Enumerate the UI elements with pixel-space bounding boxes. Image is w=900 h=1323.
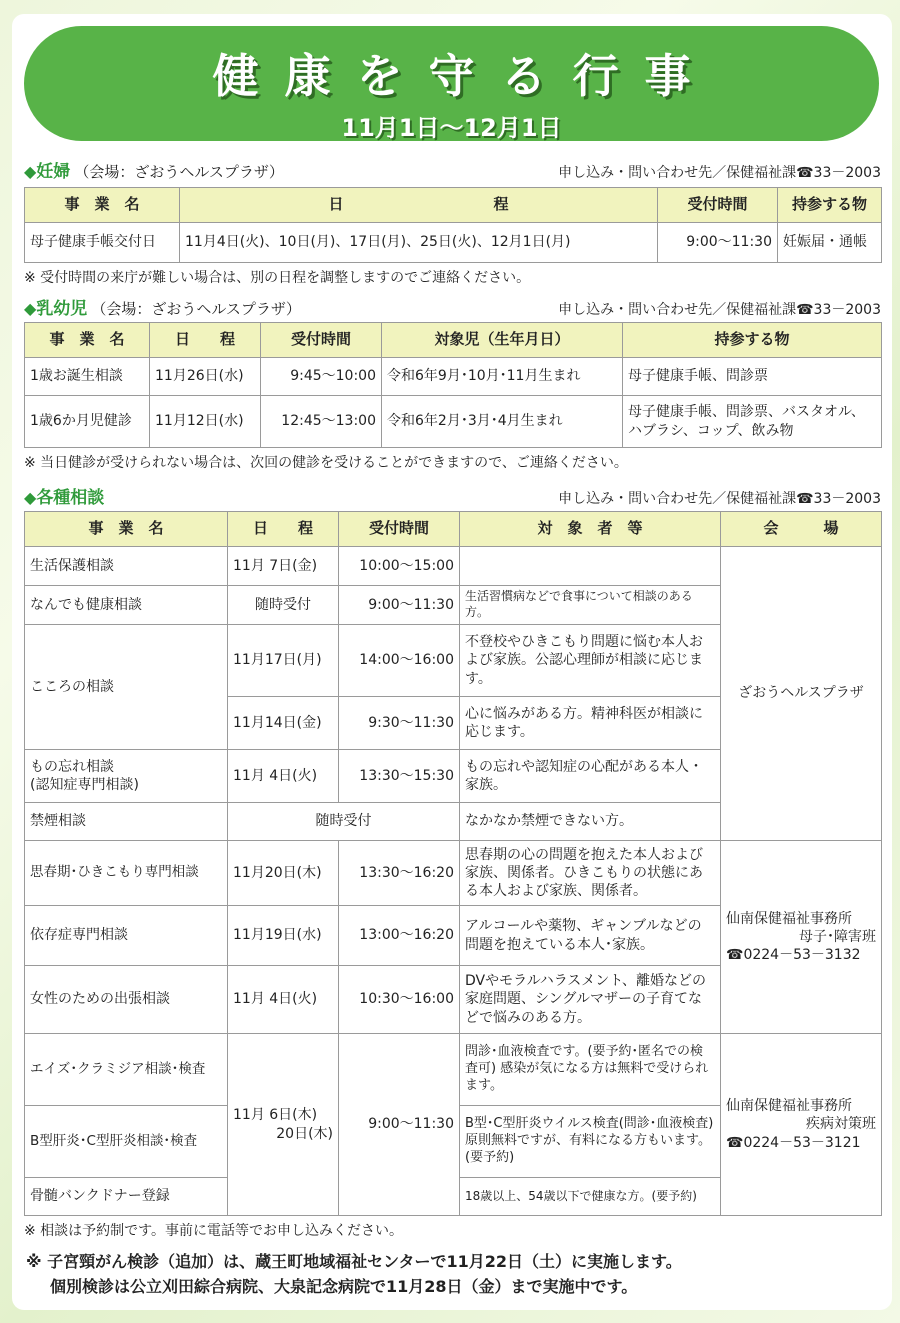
note: ※ 当日健診が受けられない場合は、次回の健診を受けることができますので、ご連絡く… <box>24 452 881 472</box>
table-row: エイズ･クラミジア相談･検査 11月 6日(木)20日(木) 9:00～11:3… <box>25 1034 882 1106</box>
consultations-table: 事 業 名 日 程 受付時間 対 象 者 等 会 場 生活保護相談 11月 7日… <box>24 511 882 1216</box>
title-banner: 健康を守る行事 11月1日～12月1日 <box>24 26 879 141</box>
header-name: 事 業 名 <box>25 188 180 223</box>
header-items: 持参する物 <box>778 188 882 223</box>
phone-number: ☎0224－53－3132 <box>726 946 876 964</box>
pregnancy-table: 事 業 名 日 程 受付時間 持参する物 母子健康手帳交付日 11月4日(火)、… <box>24 187 882 263</box>
diamond-icon: ◆ <box>24 162 36 181</box>
page-title: 健康を守る行事 <box>24 40 879 106</box>
note: ※ 相談は予約制です。事前に電話等でお申し込みください。 <box>24 1220 881 1240</box>
header-dates: 日 程 <box>180 188 658 223</box>
contact-info: 申し込み・問い合わせ先／保健福祉課☎33－2003 <box>558 299 881 319</box>
section-infant: ◆乳幼児（会場：ざおうヘルスプラザ） 申し込み・問い合わせ先／保健福祉課☎33－… <box>24 295 881 472</box>
table-row: 思春期･ひきこもり専門相談 11月20日(木) 13:30～16:20 思春期の… <box>25 841 882 906</box>
venue-office-disease: 仙南保健福祉事務所 疾病対策班 ☎0224－53－3121 <box>721 1034 882 1216</box>
diamond-icon: ◆ <box>24 488 36 507</box>
date-range: 11月1日～12月1日 <box>24 108 879 143</box>
section-title: ◆各種相談 <box>24 483 104 508</box>
table-row: 1歳お誕生相談 11月26日(水) 9:45～10:00 令和6年9月･10月･… <box>25 358 882 396</box>
note: ※ 受付時間の来庁が難しい場合は、別の日程を調整しますのでご連絡ください。 <box>24 267 881 287</box>
infant-table: 事 業 名 日 程 受付時間 対象児（生年月日） 持参する物 1歳お誕生相談 1… <box>24 322 882 448</box>
contact-info: 申し込み・問い合わせ先／保健福祉課☎33－2003 <box>558 162 881 182</box>
table-row: 1歳6か月児健診 11月12日(水) 12:45～13:00 令和6年2月･3月… <box>25 396 882 448</box>
table-row: 生活保護相談 11月 7日(金) 10:00～15:00 ざおうヘルスプラザ <box>25 547 882 586</box>
venue-office-maternal: 仙南保健福祉事務所 母子･障害班 ☎0224－53－3132 <box>721 841 882 1034</box>
phone-number: ☎0224－53－3121 <box>726 1134 876 1152</box>
header-time: 受付時間 <box>658 188 778 223</box>
section-consultations: ◆各種相談 申し込み・問い合わせ先／保健福祉課☎33－2003 事 業 名 日 … <box>24 484 881 1240</box>
diamond-icon: ◆ <box>24 299 36 318</box>
section-title: ◆乳幼児（会場：ざおうヘルスプラザ） <box>24 294 301 319</box>
section-pregnancy: ◆妊婦（会場：ざおうヘルスプラザ） 申し込み・問い合わせ先／保健福祉課☎33－2… <box>24 158 881 287</box>
footer-notice: ※ 子宮頸がん検診（追加）は、蔵王町地域福祉センターで11月22日（土）に実施し… <box>26 1250 682 1300</box>
contact-info: 申し込み・問い合わせ先／保健福祉課☎33－2003 <box>558 488 881 508</box>
table-row: 母子健康手帳交付日 11月4日(火)、10日(月)、17日(月)、25日(火)、… <box>25 223 882 263</box>
section-title: ◆妊婦（会場：ざおうヘルスプラザ） <box>24 157 284 182</box>
venue-plaza: ざおうヘルスプラザ <box>721 547 882 841</box>
